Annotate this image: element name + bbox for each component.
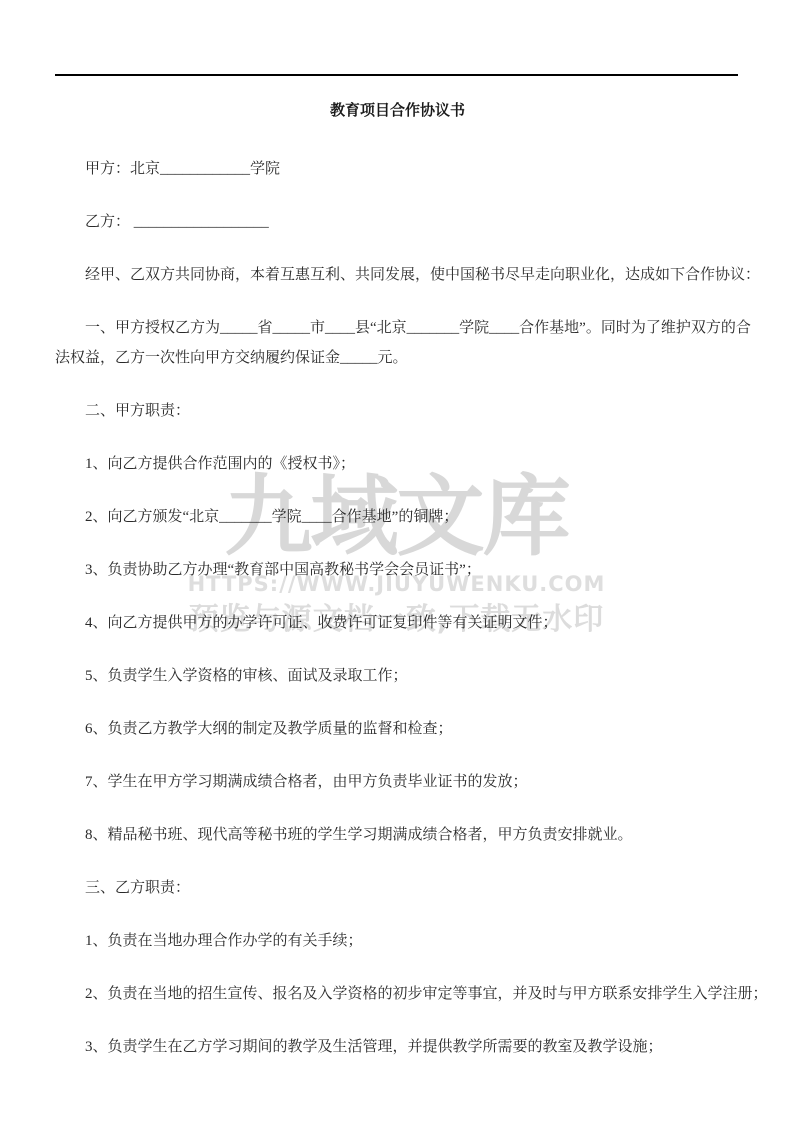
document-content: 教育项目合作协议书 甲方：北京____________学院 乙方： ______… (55, 0, 740, 1085)
section-2-item-7: 7、学生在甲方学习期满成绩合格者，由甲方负责毕业证书的发放； (55, 767, 740, 797)
section-2-item-8: 8、精品秘书班、现代高等秘书班的学生学习期满成绩合格者，甲方负责安排就业。 (55, 820, 740, 850)
document-page: 九域文库 HTTPS://WWW.JIUYUWENKU.COM 预览与源文档一致… (0, 0, 793, 1122)
document-title: 教育项目合作协议书 (55, 101, 740, 121)
section-2-heading: 二、甲方职责： (55, 396, 740, 426)
section-3-heading: 三、乙方职责： (55, 873, 740, 903)
section-2-item-5: 5、负责学生入学资格的审核、面试及录取工作； (55, 661, 740, 691)
party-a-line: 甲方：北京____________学院 (55, 154, 740, 184)
clause-1-line-1: 一、甲方授权乙方为_____省_____市____县“北京_______学院__… (55, 313, 740, 343)
section-2-item-4: 4、向乙方提供甲方的办学许可证、收费许可证复印件等有关证明文件； (55, 608, 740, 638)
section-3-item-2: 2、负责在当地的招生宣传、报名及入学资格的初步审定等事宜，并及时与甲方联系安排学… (55, 979, 740, 1009)
section-2-item-6: 6、负责乙方教学大纲的制定及教学质量的监督和检查； (55, 714, 740, 744)
preamble-paragraph: 经甲、乙双方共同协商，本着互惠互利、共同发展，使中国秘书尽早走向职业化，达成如下… (55, 260, 740, 290)
section-2-item-3: 3、负责协助乙方办理“教育部中国高教秘书学会会员证书”； (55, 555, 740, 585)
clause-1-line-2: 法权益，乙方一次性向甲方交纳履约保证金_____元。 (55, 343, 740, 373)
party-b-line: 乙方： __________________ (55, 207, 740, 237)
section-3-item-3: 3、负责学生在乙方学习期间的教学及生活管理，并提供教学所需要的教室及教学设施； (55, 1032, 740, 1062)
section-2-item-1: 1、向乙方提供合作范围内的《授权书》； (55, 449, 740, 479)
section-2-item-2: 2、向乙方颁发“北京_______学院____合作基地”的铜牌； (55, 502, 740, 532)
section-3-item-1: 1、负责在当地办理合作办学的有关手续； (55, 926, 740, 956)
